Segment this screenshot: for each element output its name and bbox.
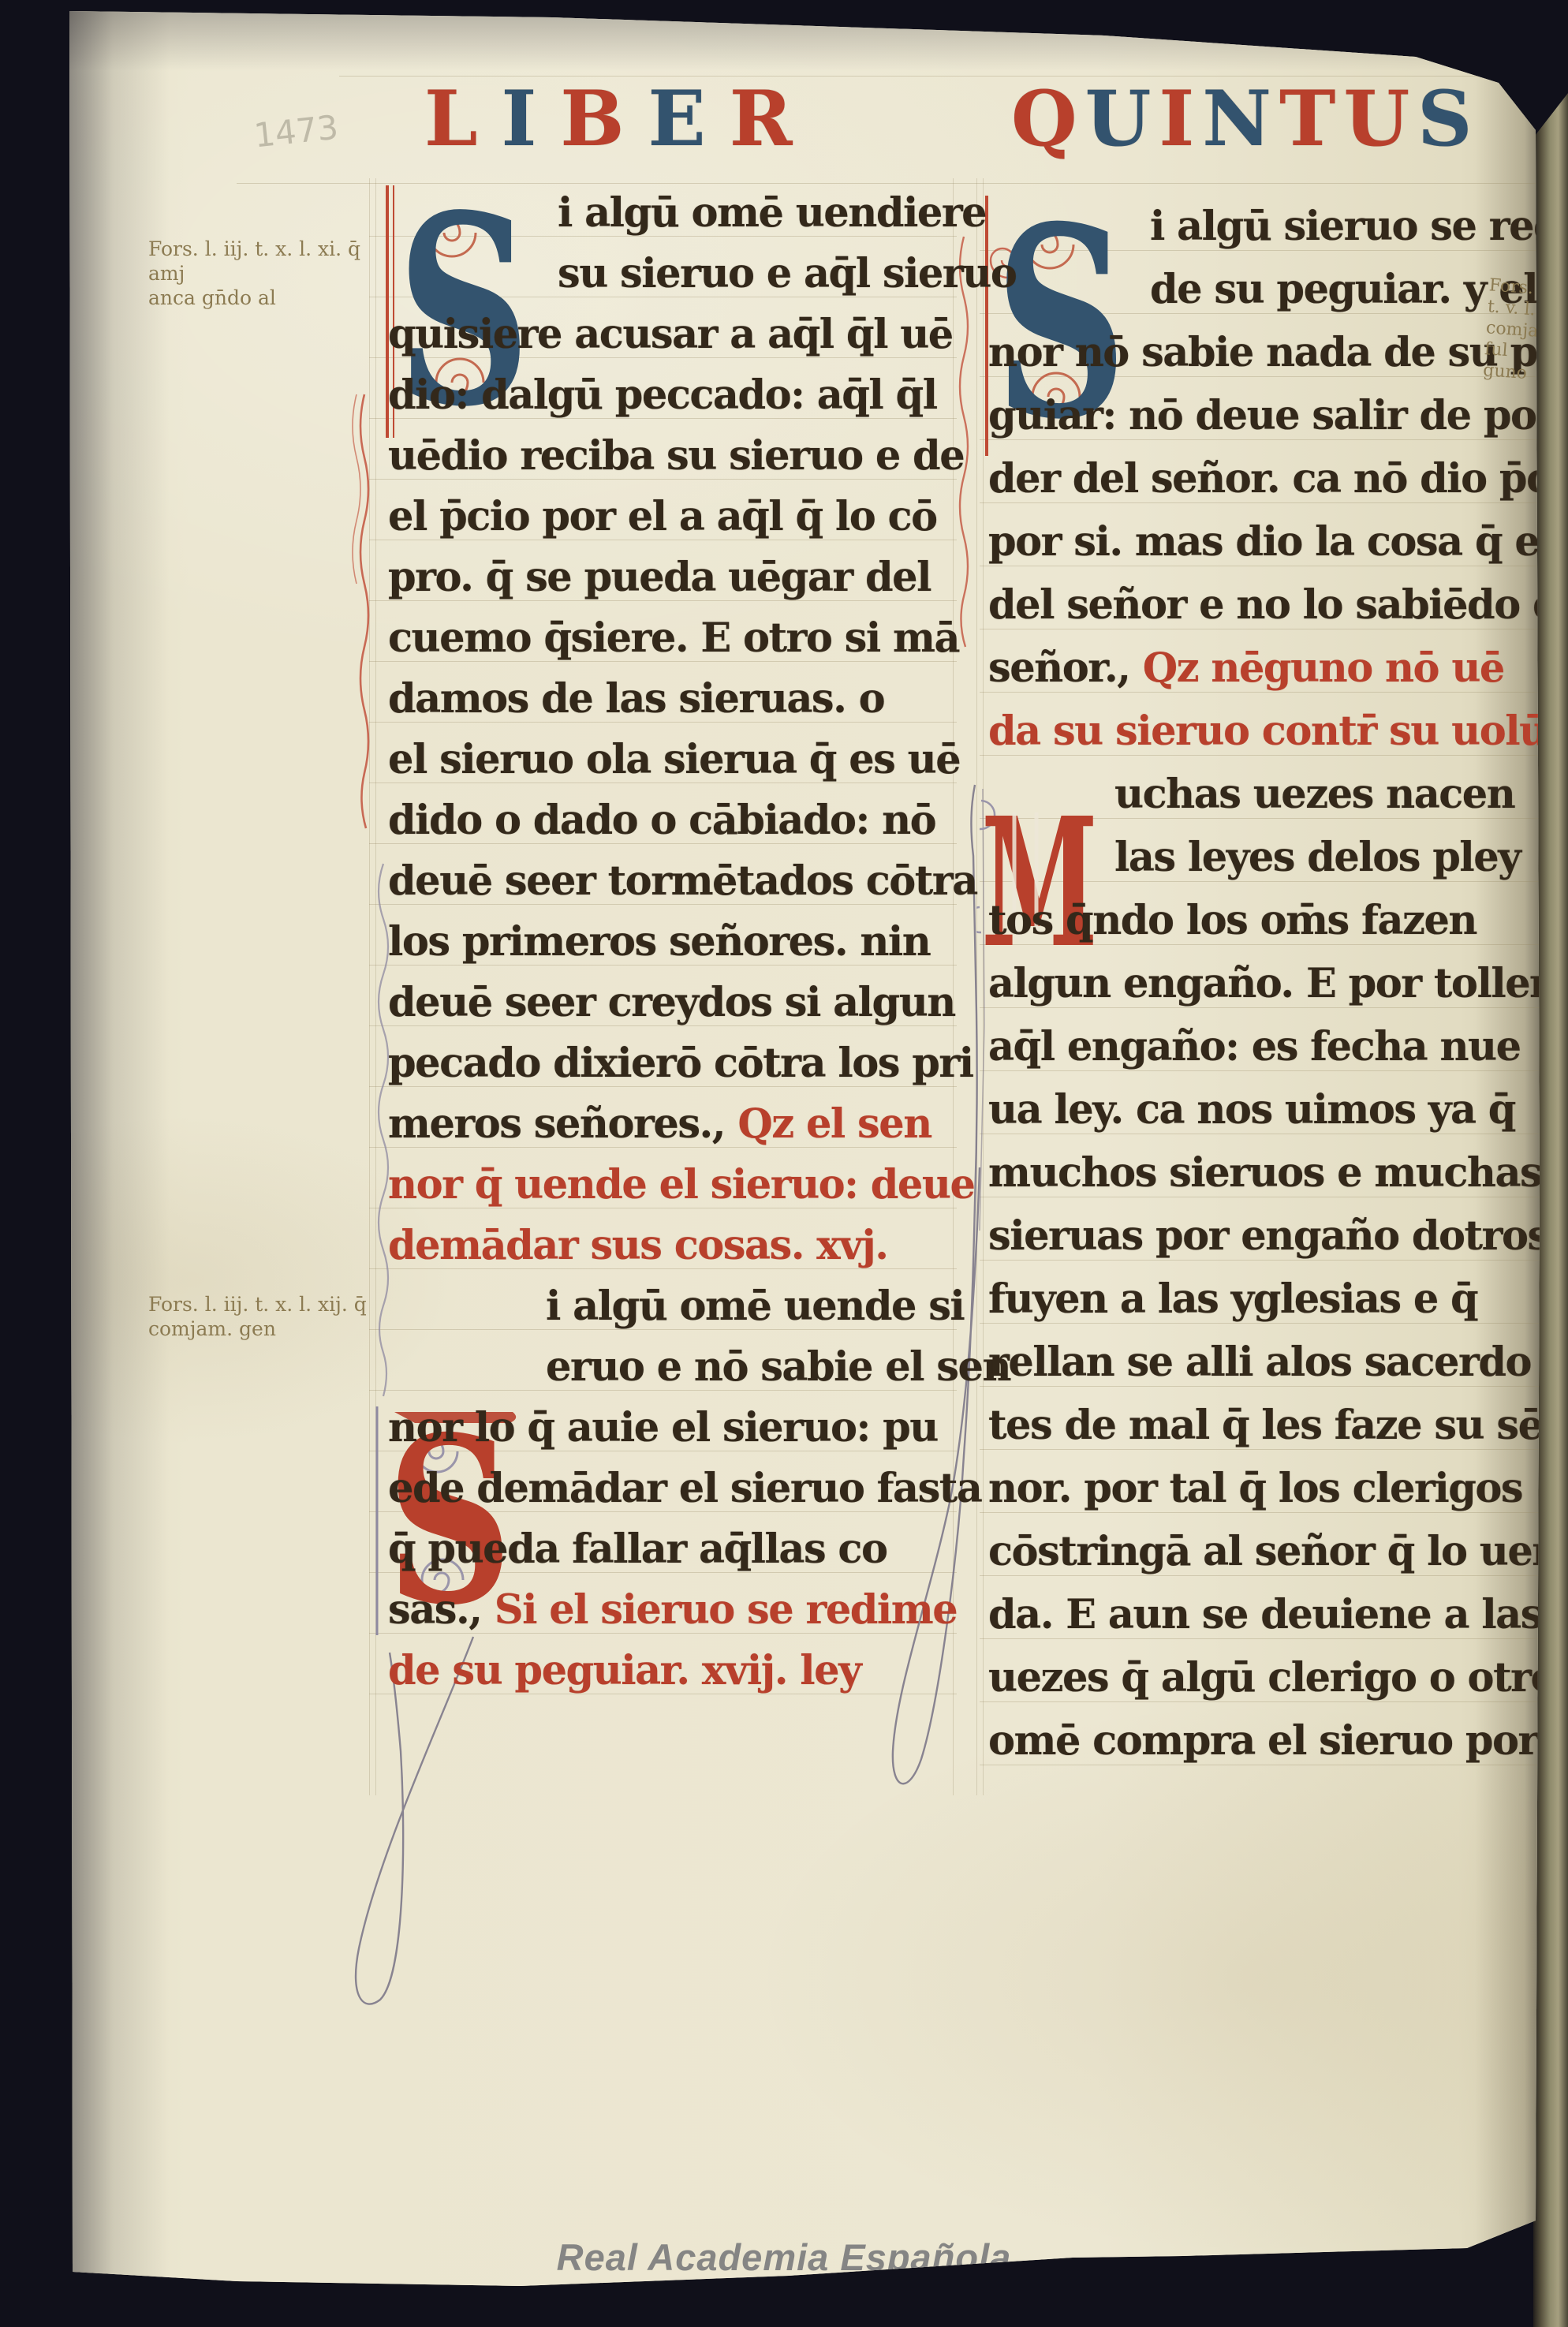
header-letter: N xyxy=(1202,76,1271,162)
text-line: tos q̄ndo los om̄s fazen xyxy=(988,889,1552,952)
text-segment-ink: damos de las sieruas. o xyxy=(388,675,884,723)
header-letter: S xyxy=(1417,76,1472,162)
text-segment-red: demādar sus cosas. xvj. xyxy=(388,1222,888,1269)
text-segment-red: Qz nēguno nō uē xyxy=(1143,644,1504,692)
header-letter: R xyxy=(730,76,793,162)
ruling-vertical xyxy=(976,178,977,1795)
text-line: por si. mas dio la cosa q̄ era xyxy=(988,510,1552,573)
text-segment-ink: cōstringā al señor q̄ lo uen xyxy=(988,1528,1560,1575)
text-line: de su peguiar. y el sen xyxy=(988,258,1552,321)
text-segment-ink: muchos sieruos e muchas xyxy=(988,1149,1541,1197)
margin-note-left-top: Fors. l. iij. t. x. l. xi. q̄ amj anca g… xyxy=(148,237,385,310)
text-segment-ink: deuē seer creydos si algun xyxy=(388,979,955,1026)
text-line: der del señor. ca nō dio p̄cio xyxy=(988,447,1552,510)
text-line: deuē seer creydos si algun xyxy=(388,973,956,1033)
header-letter: B xyxy=(560,76,624,162)
text-line: ua ley. ca nos uimos ya q̄ xyxy=(988,1078,1552,1141)
text-segment-ink: tos q̄ndo los om̄s fazen xyxy=(988,897,1477,944)
text-segment-ink: fuyen a las yglesias e q̄ xyxy=(988,1276,1477,1323)
text-line: uchas uezes nacen xyxy=(988,763,1552,826)
manuscript-photo: LIBER QUINTUS S xyxy=(0,0,1568,2327)
text-segment-ink: rellan se alli alos sacerdo xyxy=(988,1339,1531,1386)
text-segment-ink: uchas uezes nacen xyxy=(1114,771,1514,818)
text-line: uezes q̄ algū clerigo o otro xyxy=(988,1646,1552,1709)
text-line: los primeros señores. nin xyxy=(388,912,956,973)
library-watermark: Real Academia Española xyxy=(0,2235,1568,2279)
text-segment-ink: guiar: nō deue salir de po xyxy=(988,392,1536,439)
text-line: deuē seer tormētados cōtra xyxy=(388,851,956,912)
header-letter: I xyxy=(502,76,537,162)
text-line: uēdio reciba su sieruo e de xyxy=(388,426,956,487)
text-line: del señor e no lo sabiēdo el xyxy=(988,573,1552,637)
text-line: i algū omē uendiere xyxy=(388,183,956,244)
margin-note-left-bottom: Fors. l. iij. t. x. l. xij. q̄ comjam. g… xyxy=(148,1292,385,1341)
text-line: muchos sieruos e muchas xyxy=(988,1141,1552,1205)
text-segment-ink: su sieruo e aq̄l sieruo xyxy=(558,250,1016,297)
running-header-quintus: QUINTUS xyxy=(1011,76,1472,162)
text-segment-ink: der del señor. ca nō dio p̄cio xyxy=(988,455,1568,502)
text-segment-ink: algun engaño. E por toller xyxy=(988,960,1550,1007)
text-segment-ink: omē compra el sieruo pora xyxy=(988,1717,1562,1765)
text-line: i algū sieruo se redime xyxy=(988,195,1552,258)
text-line: algun engaño. E por toller xyxy=(988,952,1552,1015)
text-line: quisiere acusar a aq̄l q̄l uē xyxy=(388,304,956,365)
margin-note-line: comjam. gen xyxy=(148,1317,385,1341)
header-letter: I xyxy=(1159,76,1194,162)
text-line: da. E aun se deuiene a las xyxy=(988,1583,1552,1646)
text-segment-ink: por si. mas dio la cosa q̄ era xyxy=(988,518,1568,566)
text-line: nor q̄ uende el sieruo: deue xyxy=(388,1155,956,1216)
header-letter: T xyxy=(1279,76,1335,162)
text-segment-red: nor q̄ uende el sieruo: deue xyxy=(388,1161,974,1208)
text-line: de su peguiar. xvij. ley xyxy=(388,1641,956,1701)
text-line: rellan se alli alos sacerdo xyxy=(988,1331,1552,1394)
text-segment-ink: i algū omē uendiere xyxy=(558,189,986,237)
header-letter: U xyxy=(1343,76,1409,162)
text-line: fuyen a las yglesias e q̄ xyxy=(988,1268,1552,1331)
text-line: nor. por tal q̄ los clerigos xyxy=(988,1457,1552,1520)
text-line: sas., Si el sieruo se redime xyxy=(388,1580,956,1641)
text-segment-ink: nor lo q̄ auie el sieruo: pu xyxy=(388,1404,938,1451)
text-segment-ink: nor. por tal q̄ los clerigos xyxy=(988,1465,1522,1512)
text-line: pecado dixierō cōtra los pri xyxy=(388,1033,956,1094)
text-line: meros señores., Qz el sen xyxy=(388,1094,956,1155)
margin-note-line: Fors. l. iij. t. x. l. xi. q̄ amj xyxy=(148,237,385,286)
text-line: señor., Qz nēguno nō uē xyxy=(988,637,1552,700)
text-segment-ink: sieruas por engaño dotros: xyxy=(988,1212,1562,1260)
running-header-liber: LIBER xyxy=(424,76,793,162)
text-line: el p̄cio por el a aq̄l q̄ lo cō xyxy=(388,487,956,547)
text-segment-ink: pro. q̄ se pueda uēgar del xyxy=(388,554,931,601)
gutter-shadow xyxy=(67,0,170,2327)
text-segment-ink: las leyes delos pley xyxy=(1114,834,1520,881)
text-line: q̄ pueda fallar aq̄llas co xyxy=(388,1519,956,1580)
text-segment-red: Qz el sen xyxy=(737,1100,931,1148)
text-segment-ink: ua ley. ca nos uimos ya q̄ xyxy=(988,1086,1515,1134)
text-segment-ink: aq̄l engaño: es fecha nue xyxy=(988,1023,1521,1070)
text-segment-ink: dio: dalgū peccado: aq̄l q̄l xyxy=(388,372,937,419)
text-line: nor nō sabie nada de su pe xyxy=(988,321,1552,384)
text-segment-ink: el sieruo ola sierua q̄ es uē xyxy=(388,736,960,783)
text-line: i algū omē uende si xyxy=(388,1276,956,1337)
text-segment-ink: q̄ pueda fallar aq̄llas co xyxy=(388,1526,887,1573)
text-line: damos de las sieruas. o xyxy=(388,669,956,730)
text-line: eruo e nō sabie el sen xyxy=(388,1337,956,1398)
text-segment-ink: eruo e nō sabie el sen xyxy=(546,1343,1010,1391)
text-segment-red: de su peguiar. xvij. ley xyxy=(388,1647,861,1694)
red-filigree-chain-left2 xyxy=(353,394,360,584)
text-segment-ink: del señor e no lo sabiēdo el xyxy=(988,581,1568,629)
text-line: nor lo q̄ auie el sieruo: pu xyxy=(388,1398,956,1459)
text-segment-ink: el p̄cio por el a aq̄l q̄ lo cō xyxy=(388,493,937,540)
header-letter: L xyxy=(424,76,478,162)
text-segment-red: Si el sieruo se redime xyxy=(495,1586,957,1634)
text-line: dio: dalgū peccado: aq̄l q̄l xyxy=(388,365,956,426)
text-line: su sieruo e aq̄l sieruo xyxy=(388,244,956,304)
header-letter: Q xyxy=(1011,76,1077,162)
text-segment-ink: tes de mal q̄ les faze su sē xyxy=(988,1402,1543,1449)
text-segment-ink: uēdio reciba su sieruo e de xyxy=(388,432,964,480)
text-column-right: i algū sieruo se redimede su peguiar. y … xyxy=(988,195,1552,1772)
ruling-vertical xyxy=(369,178,370,1795)
text-segment-ink: los primeros señores. nin xyxy=(388,918,930,966)
text-segment-ink: deuē seer tormētados cōtra xyxy=(388,857,977,905)
text-line: dido o dado o cābiado: nō xyxy=(388,790,956,851)
text-segment-ink: meros señores., xyxy=(388,1100,737,1148)
text-line: guiar: nō deue salir de po xyxy=(988,384,1552,447)
text-segment-ink: i algū sieruo se redime xyxy=(1150,203,1568,250)
text-segment-red: da su sieruo contr̄ su uolūtad. xyxy=(988,708,1568,755)
text-segment-ink: i algū omē uende si xyxy=(546,1283,964,1330)
text-line: sieruas por engaño dotros: xyxy=(988,1205,1552,1268)
header-letter: U xyxy=(1085,76,1152,162)
text-segment-ink: ede demādar el sieruo fasta xyxy=(388,1465,981,1512)
text-segment-ink: señor., xyxy=(988,644,1143,692)
text-line: demādar sus cosas. xvj. xyxy=(388,1216,956,1276)
margin-note-line: Fors. l. iij. t. x. l. xij. q̄ xyxy=(148,1292,385,1317)
margin-note-line: anca gn̄do al xyxy=(148,286,385,310)
text-line: las leyes delos pley xyxy=(988,826,1552,889)
page-top-shade xyxy=(0,0,1568,71)
text-line: aq̄l engaño: es fecha nue xyxy=(988,1015,1552,1078)
text-segment-ink: pecado dixierō cōtra los pri xyxy=(388,1040,973,1087)
text-segment-ink: dido o dado o cābiado: nō xyxy=(388,797,935,844)
text-line: omē compra el sieruo pora xyxy=(988,1709,1552,1772)
text-segment-ink: nor nō sabie nada de su pe xyxy=(988,329,1562,376)
text-line: pro. q̄ se pueda uēgar del xyxy=(388,547,956,608)
text-segment-ink: da. E aun se deuiene a las xyxy=(988,1591,1542,1638)
text-line: da su sieruo contr̄ su uolūtad. xyxy=(988,700,1552,763)
text-line: ede demādar el sieruo fasta xyxy=(388,1459,956,1519)
text-segment-ink: sas., xyxy=(388,1586,495,1634)
pencil-foliation: 1473 xyxy=(252,108,340,155)
text-segment-ink: quisiere acusar a aq̄l q̄l uē xyxy=(388,311,953,358)
parchment-page: LIBER QUINTUS S xyxy=(0,0,1568,2327)
text-line: el sieruo ola sierua q̄ es uē xyxy=(388,730,956,790)
text-line: cōstringā al señor q̄ lo uen xyxy=(988,1520,1552,1583)
text-line: cuemo q̄siere. E otro si mā xyxy=(388,608,956,669)
text-segment-ink: cuemo q̄siere. E otro si mā xyxy=(388,614,959,662)
red-filigree-chain-left xyxy=(360,394,368,828)
header-letter: E xyxy=(648,76,706,162)
text-column-left: i algū omē uendieresu sieruo e aq̄l sier… xyxy=(388,183,956,1701)
text-segment-ink: uezes q̄ algū clerigo o otro xyxy=(988,1654,1556,1701)
text-line: tes de mal q̄ les faze su sē xyxy=(988,1394,1552,1457)
